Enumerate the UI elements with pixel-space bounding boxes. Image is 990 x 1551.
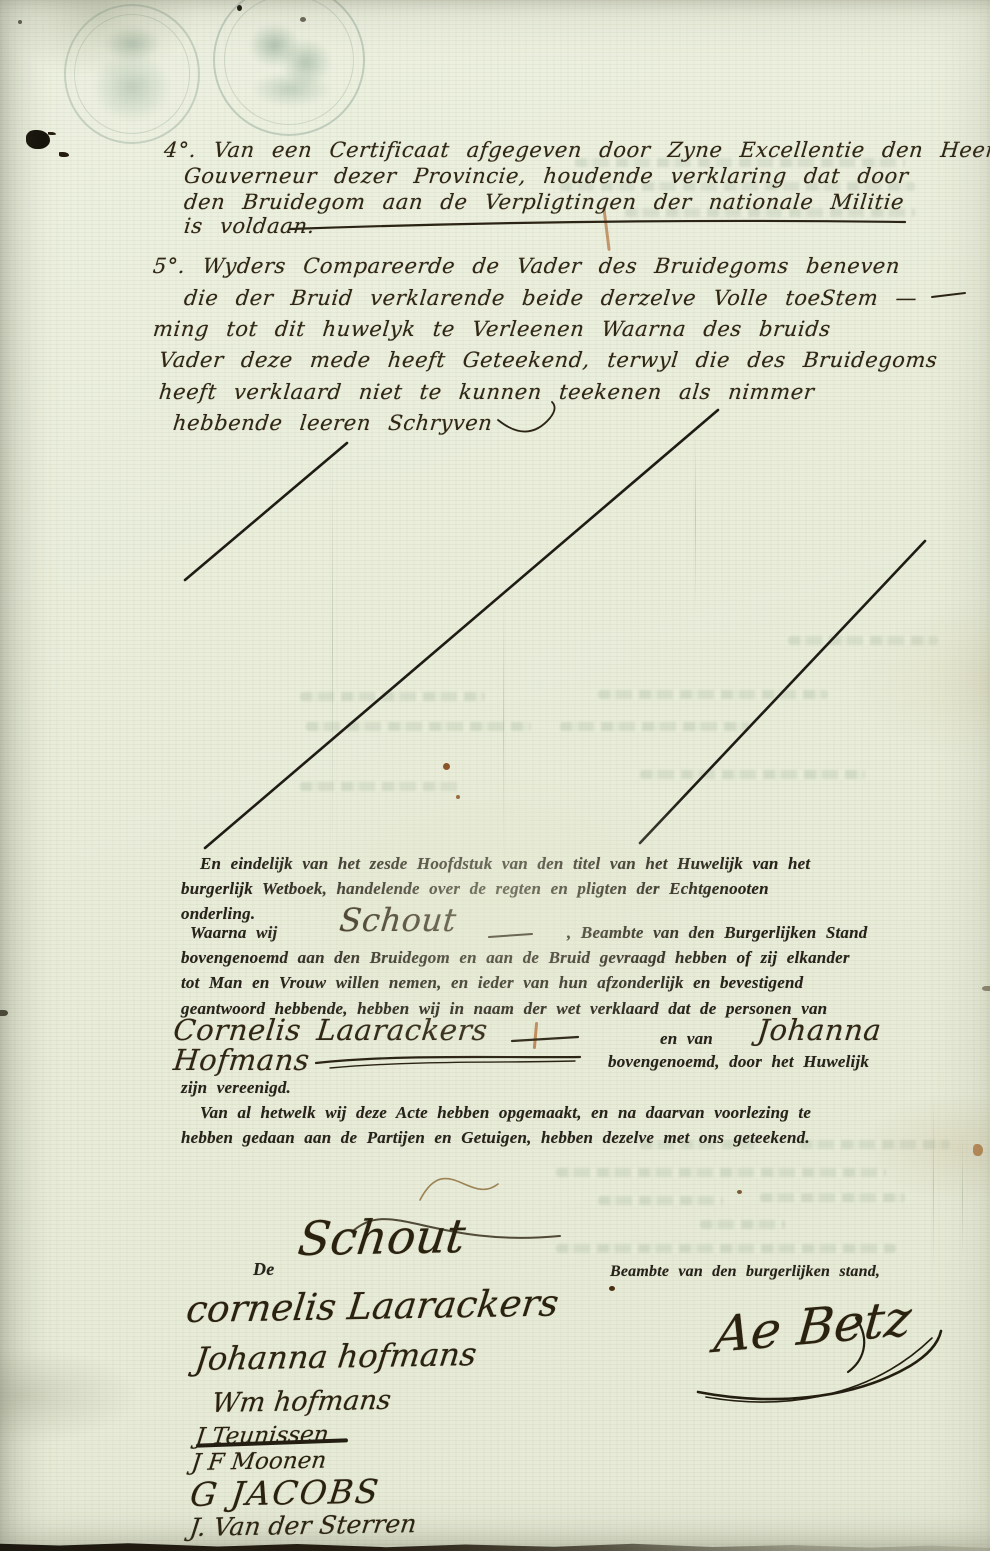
bleedthrough-text	[640, 770, 865, 779]
bleedthrough-text	[300, 692, 485, 701]
official-signature: Ae Betz	[712, 1289, 914, 1364]
clause4-line: 4°. Van een Certificaat afgegeven door Z…	[163, 140, 990, 161]
bride-lastname-handwritten: Hofmans	[172, 1046, 311, 1075]
ink-blot	[26, 130, 50, 149]
clause5-line: ming tot dit huwelyk te Verleenen Waarna…	[152, 319, 832, 340]
foxing-spot	[443, 763, 450, 770]
printed-line: bovengenoemd aan den Bruidegom en aan de…	[181, 949, 850, 966]
printed-beambte-line: , Beambte van den Burgerlijken Stand	[567, 924, 867, 941]
printed-en-van: en van	[660, 1030, 713, 1047]
cancellation-stroke	[185, 443, 347, 580]
clause5-line: 5°. Wyders Compareerde de Vader des Brui…	[152, 256, 901, 277]
signature-name: G JACOBS	[188, 1472, 382, 1514]
ink-speck	[18, 20, 22, 24]
clause5-line: hebbende leeren Schryven	[172, 413, 494, 434]
printed-line: hebben gedaan aan de Partijen en Getuige…	[181, 1129, 810, 1146]
officiant-handwritten: Schout	[338, 904, 458, 936]
clause4-line: Gouverneur dezer Provincie, houdende ver…	[183, 166, 910, 187]
signature-name: Wm hofmans	[210, 1385, 393, 1419]
printed-line: Van al hetwelk wij deze Acte hebben opge…	[200, 1104, 811, 1121]
foxing-spot	[737, 1190, 742, 1194]
clause4-line: den Bruidegom aan de Verpligtingen der n…	[183, 192, 905, 213]
paper-scratch	[695, 430, 696, 610]
clause4-line: is voldaan.	[183, 216, 316, 237]
bleedthrough-text	[800, 1140, 950, 1149]
printed-line: onderling.	[181, 905, 255, 922]
edge-mark	[0, 1010, 8, 1016]
clause5-line: heeft verklaard niet te kunnen teekenen …	[158, 382, 816, 403]
blank-filler-line	[316, 1057, 580, 1063]
blank-filler-line	[512, 1037, 578, 1041]
signature-name: J. Van der Sterren	[188, 1509, 418, 1542]
printed-vereenigd-line: zijn vereenigd.	[181, 1079, 291, 1096]
blank-filler-line	[489, 934, 532, 937]
paper-scratch	[332, 430, 333, 860]
groom-name-handwritten: Cornelis Laarackers	[172, 1016, 489, 1045]
printed-line: tot Man en Vrouw willen nemen, en ieder …	[181, 974, 803, 991]
pen-flourish	[420, 1179, 498, 1200]
pen-flourish	[498, 402, 555, 432]
clause5-line: Vader deze mede heeft Geteekend, terwyl …	[158, 350, 939, 371]
bleedthrough-text	[760, 1193, 905, 1202]
paper-scratch	[503, 590, 504, 860]
blank-filler-line	[330, 1061, 575, 1068]
clause5-line: die der Bruid verklarende beide derzelve…	[183, 288, 918, 309]
printed-line: En eindelijk van het zesde Hoofdstuk van…	[200, 855, 810, 872]
rust-mark	[533, 1022, 538, 1049]
cancellation-stroke	[205, 410, 718, 848]
de-label: De	[253, 1260, 274, 1278]
beambte-label: Beambte van den burgerlijken stand,	[610, 1264, 880, 1280]
bleedthrough-text	[700, 1220, 785, 1229]
paper-scratch	[962, 1130, 963, 1260]
bleedthrough-text	[306, 722, 531, 731]
foxing-spot	[973, 1144, 983, 1156]
signature-name: J F Moonen	[190, 1448, 328, 1476]
crown-seal-stamp	[64, 4, 200, 144]
printed-line: burgerlijk Wetboek, handelende over de r…	[181, 880, 769, 897]
handwritten-underline	[290, 221, 905, 229]
signature-name: Johanna hofmans	[193, 1335, 479, 1378]
signature-name: cornelis Laarackers	[184, 1282, 561, 1331]
scanned-document-page: 4°. Van een Certificaat afgegeven door Z…	[0, 0, 990, 1551]
foxing-spot	[609, 1286, 615, 1291]
bleedthrough-text	[560, 722, 750, 731]
schout-signature: Schout	[295, 1209, 468, 1267]
bleedthrough-text	[788, 636, 938, 645]
bleedthrough-text	[598, 690, 828, 699]
bleedthrough-text	[556, 1244, 896, 1253]
foxing-spot	[456, 795, 460, 799]
printed-huwelijk-line: bovengenoemd, door het Huwelijk	[608, 1053, 869, 1070]
hyphen-dash	[932, 293, 965, 297]
ink-speck	[300, 17, 306, 22]
bride-firstname-handwritten: Johanna	[756, 1016, 883, 1045]
edge-mark	[982, 986, 990, 991]
bleedthrough-text	[556, 1168, 886, 1177]
paper-scratch	[933, 1096, 934, 1271]
lion-seal-stamp	[213, 0, 365, 136]
bleedthrough-text	[300, 782, 460, 791]
bleedthrough-text	[598, 1196, 723, 1205]
ink-speck	[237, 5, 242, 11]
torn-bottom-edge	[0, 1541, 990, 1551]
printed-waarna-prefix: Waarna wij	[190, 924, 277, 941]
